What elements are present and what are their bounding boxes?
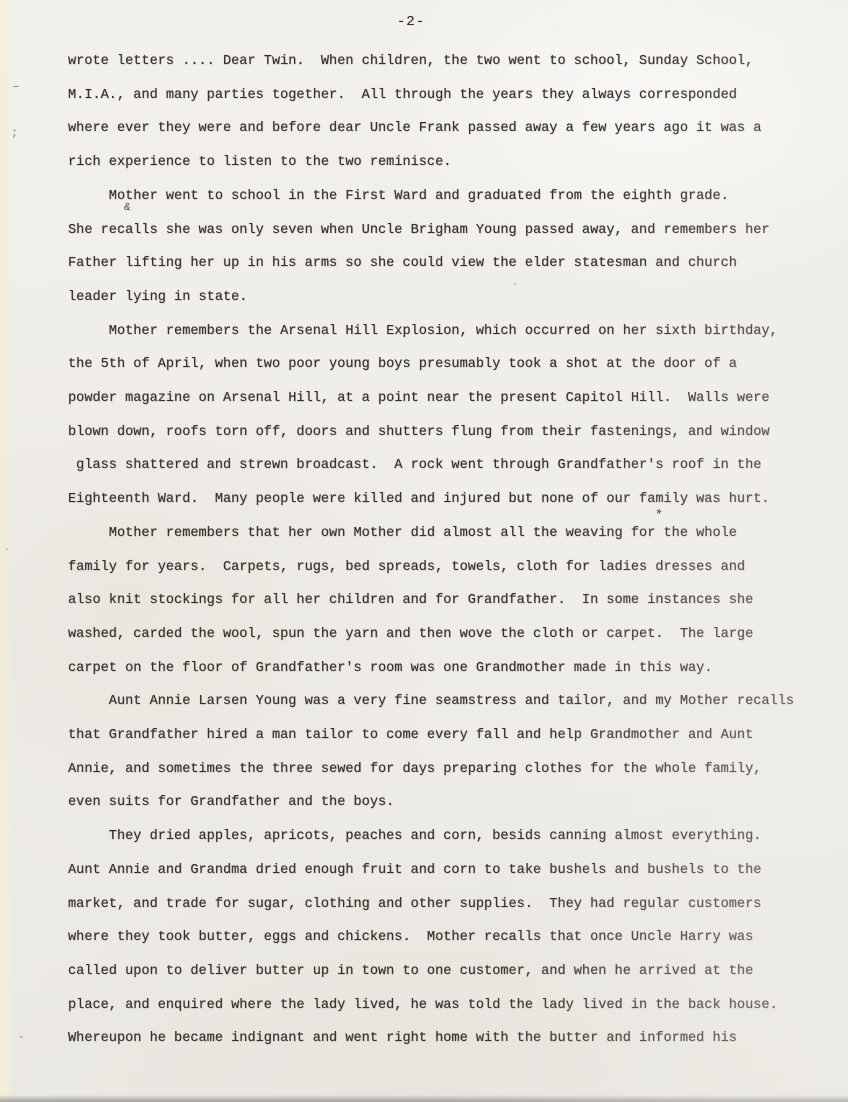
squiggle-mark: ~ (12, 82, 20, 95)
paragraph-school-first-ward: Mother went to school in the First Ward … (68, 180, 830, 315)
paragraph-dried-fruit-butter: They dried apples, apricots, peaches and… (68, 820, 830, 1056)
paragraph-continuation-twins: wrote letters .... Dear Twin. When child… (68, 45, 830, 180)
scan-edge-shadow (0, 1095, 848, 1102)
smudge-mark: ; (11, 126, 18, 140)
document-body: wrote letters .... Dear Twin. When child… (68, 45, 830, 1056)
margin-dash-mark: - (18, 1032, 25, 1044)
paragraph-aunt-annie-seamstress: Aunt Annie Larsen Young was a very fine … (68, 685, 830, 820)
faint-edge-dot: · (4, 545, 10, 556)
scanned-typewritten-page: -2- wrote letters .... Dear Twin. When c… (0, 0, 848, 1102)
page-number: -2- (0, 14, 822, 30)
paragraph-arsenal-hill-explosion: Mother remembers the Arsenal Hill Explos… (68, 315, 830, 517)
paragraph-weaving: Mother remembers that her own Mother did… (68, 517, 830, 686)
